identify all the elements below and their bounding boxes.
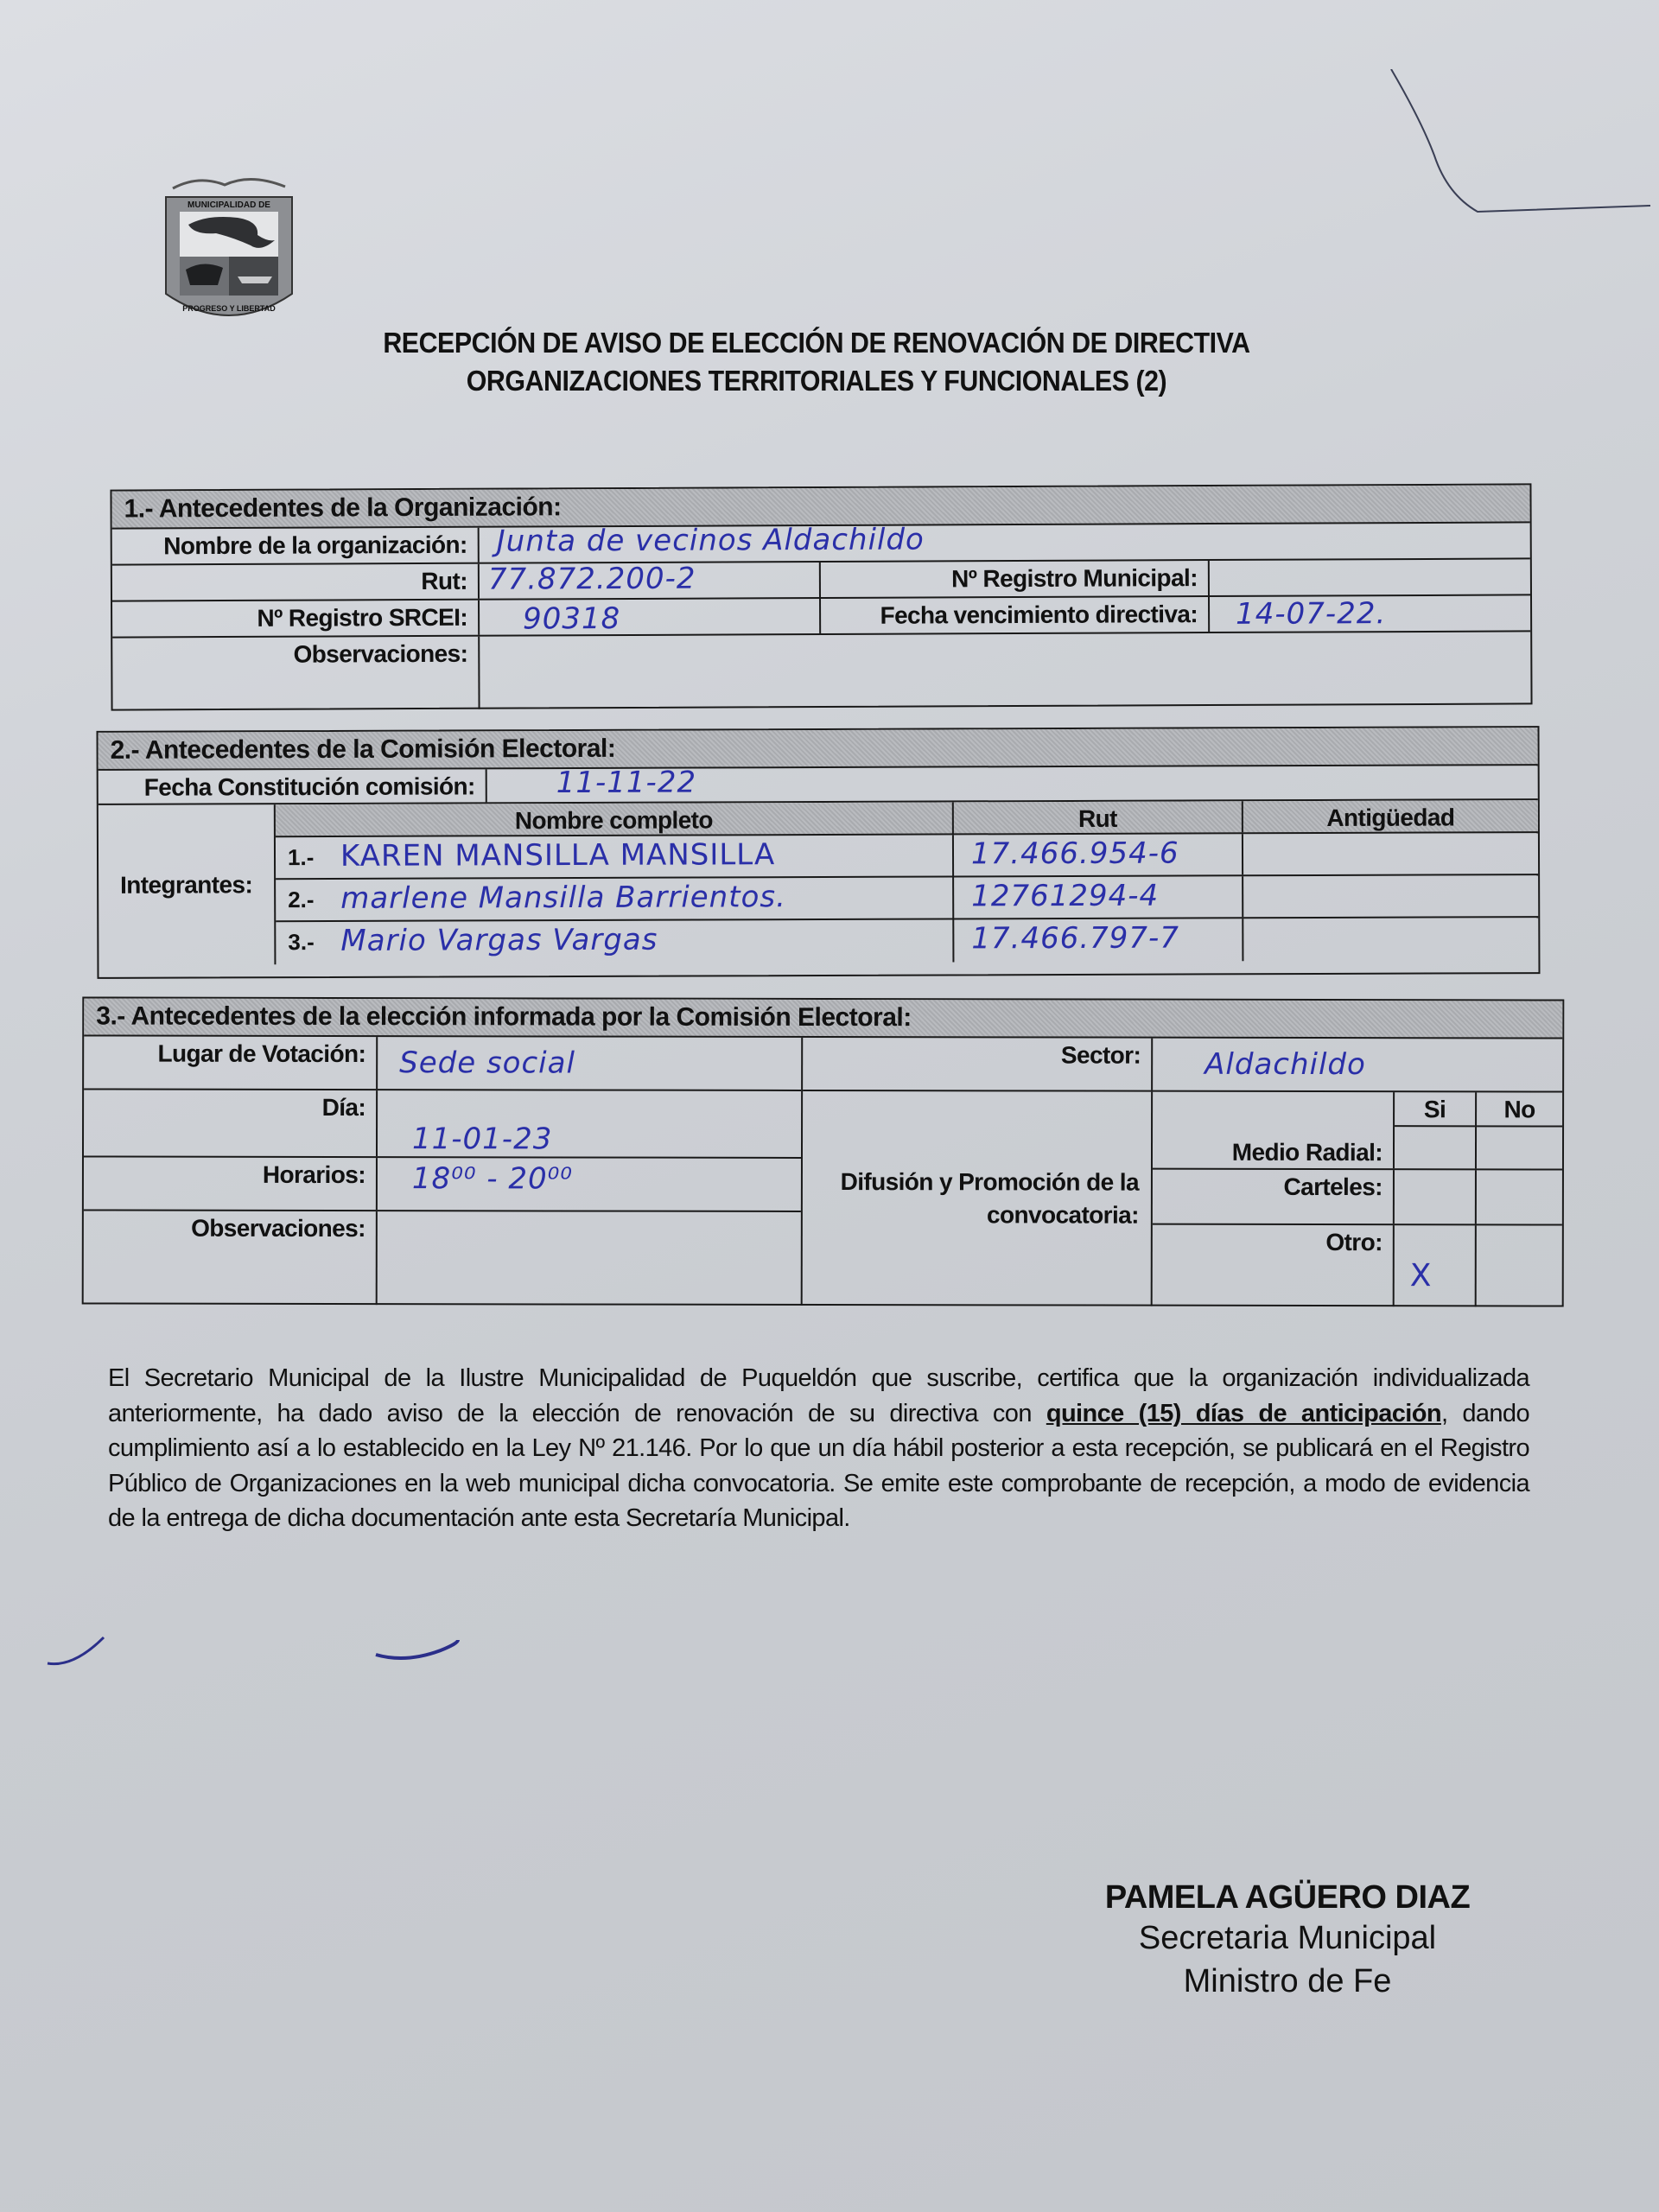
difusion-label: Difusión y Promoción de la convocatoria:: [803, 1091, 1153, 1306]
row-srcei: Nº Registro SRCEI: 90318 Fecha vencimien…: [112, 595, 1530, 638]
member-antiguedad-field[interactable]: [1243, 833, 1538, 874]
member-nombre-field[interactable]: 1.- KAREN MANSILLA MANSILLA: [276, 835, 954, 878]
member-rut-field[interactable]: 12761294-4: [954, 876, 1243, 918]
pen-mark-top-right: [1374, 69, 1659, 225]
sector-label: Sector:: [803, 1038, 1153, 1090]
registro-municipal-label: Nº Registro Municipal:: [821, 561, 1210, 597]
member-nombre-field[interactable]: 3.- Mario Vargas Vargas: [276, 919, 954, 964]
section-3-body: Lugar de Votación: Sede social Día: 11-0…: [84, 1037, 1563, 1307]
integrantes-block: Integrantes: Nombre completo Rut Antigüe…: [99, 800, 1539, 965]
registro-srcei-label: Nº Registro SRCEI:: [112, 601, 480, 637]
member-number: 3.-: [288, 929, 314, 956]
horarios-field[interactable]: 18⁰⁰ - 20⁰⁰: [378, 1158, 801, 1211]
member-row: 3.- Mario Vargas Vargas 17.466.797-7: [276, 918, 1538, 964]
dia-field[interactable]: 11-01-23: [378, 1090, 801, 1157]
member-rut: 17.466.954-6: [971, 836, 1179, 872]
row-rut: Rut: 77.872.200-2 Nº Registro Municipal:: [112, 559, 1530, 601]
horarios-value: 18⁰⁰ - 20⁰⁰: [412, 1161, 573, 1196]
svg-text:MUNICIPALIDAD DE: MUNICIPALIDAD DE: [188, 200, 270, 210]
member-nombre-field[interactable]: 2.- marlene Mansilla Barrientos.: [276, 877, 954, 920]
row-fecha-constitucion: Fecha Constitución comisión: 11-11-22: [99, 766, 1538, 805]
integrantes-label: Integrantes:: [99, 804, 276, 965]
section-3-header: 3.- Antecedentes de la elección informad…: [84, 999, 1562, 1039]
otro-label: Otro:: [1153, 1225, 1395, 1306]
nombre-value: Junta de vecinos Aldachildo: [497, 522, 925, 558]
medio-radial-si-checkbox[interactable]: [1395, 1127, 1475, 1168]
otro-si-mark: X: [1410, 1258, 1433, 1294]
fecha-constitucion-field[interactable]: 11-11-22: [487, 766, 1538, 802]
fecha-constitucion-value: 11-11-22: [556, 765, 696, 800]
difusion-table: Medio Radial: Si No: [1153, 1092, 1562, 1307]
no-header: No: [1477, 1092, 1562, 1127]
member-row: 1.- KAREN MANSILLA MANSILLA 17.466.954-6: [276, 833, 1538, 880]
integrantes-table: Nombre completo Rut Antigüedad 1.- KAREN…: [276, 800, 1539, 964]
row-observaciones-3: Observaciones:: [84, 1211, 801, 1306]
lugar-label: Lugar de Votación:: [84, 1037, 378, 1090]
member-rut-field[interactable]: 17.466.797-7: [954, 918, 1243, 962]
title-line-2: ORGANIZACIONES TERRITORIALES Y FUNCIONAL…: [327, 362, 1306, 400]
observaciones-3-field[interactable]: [378, 1211, 801, 1306]
observaciones-3-label: Observaciones:: [84, 1211, 378, 1306]
signatory-role: Secretaria Municipal: [1071, 1916, 1503, 1960]
member-nombre: KAREN MANSILLA MANSILLA: [340, 837, 775, 874]
signature-block: PAMELA AGÜERO DIAZ Secretaria Municipal …: [1071, 1879, 1503, 2003]
integrantes-header-row: Nombre completo Rut Antigüedad: [276, 800, 1538, 837]
medio-radial-row: Medio Radial: Si No: [1153, 1092, 1562, 1171]
registro-municipal-field[interactable]: [1210, 559, 1530, 595]
member-nombre: marlene Mansilla Barrientos.: [340, 880, 786, 916]
fecha-vencimiento-field[interactable]: 14-07-22.: [1210, 595, 1530, 632]
no-column-top: No: [1477, 1092, 1562, 1168]
member-antiguedad-field[interactable]: [1243, 875, 1538, 917]
observaciones-1-label: Observaciones:: [112, 637, 480, 711]
signatory-name: PAMELA AGÜERO DIAZ: [1071, 1879, 1503, 1916]
member-rut-field[interactable]: 17.466.954-6: [954, 834, 1243, 875]
member-row: 2.- marlene Mansilla Barrientos. 1276129…: [276, 875, 1538, 922]
column-antiguedad: Antigüedad: [1243, 800, 1538, 832]
dia-value: 11-01-23: [412, 1122, 552, 1156]
document-title: RECEPCIÓN DE AVISO DE ELECCIÓN DE RENOVA…: [327, 324, 1306, 400]
carteles-si-checkbox[interactable]: [1395, 1170, 1477, 1224]
svg-text:PROGRESO Y LIBERTAD: PROGRESO Y LIBERTAD: [182, 304, 276, 313]
pen-marks-bottom-left: [35, 1616, 484, 1676]
fecha-vencimiento-label: Fecha vencimiento directiva:: [821, 597, 1210, 633]
section-eleccion: 3.- Antecedentes de la elección informad…: [82, 997, 1565, 1307]
registro-srcei-field[interactable]: 90318: [480, 599, 821, 635]
horarios-label: Horarios:: [84, 1158, 378, 1211]
eleccion-left: Lugar de Votación: Sede social Día: 11-0…: [84, 1037, 804, 1306]
lugar-value: Sede social: [399, 1046, 575, 1080]
row-horarios: Horarios: 18⁰⁰ - 20⁰⁰: [84, 1158, 801, 1212]
certification-emphasis: quince (15) días de anticipación: [1046, 1400, 1441, 1427]
rut-value: 77.872.200-2: [488, 562, 696, 597]
si-column-top: Si: [1395, 1092, 1477, 1168]
section-organizacion: 1.- Antecedentes de la Organización: Nom…: [110, 483, 1532, 710]
section-comision-electoral: 2.- Antecedentes de la Comisión Electora…: [97, 726, 1541, 979]
row-nombre: Nombre de la organización: Junta de veci…: [112, 523, 1530, 565]
carteles-row: Carteles:: [1153, 1170, 1562, 1226]
column-nombre: Nombre completo: [276, 802, 954, 836]
difusion-block: Difusión y Promoción de la convocatoria:…: [803, 1091, 1562, 1307]
rut-label: Rut:: [112, 564, 480, 601]
section-2-header: 2.- Antecedentes de la Comisión Electora…: [99, 728, 1538, 771]
member-rut: 12761294-4: [971, 879, 1159, 914]
row-observaciones-1: Observaciones:: [112, 632, 1530, 710]
certification-paragraph: El Secretario Municipal de la Ilustre Mu…: [108, 1361, 1529, 1536]
medio-radial-label: Medio Radial:: [1153, 1092, 1395, 1168]
registro-srcei-value: 90318: [523, 601, 620, 636]
title-line-1: RECEPCIÓN DE AVISO DE ELECCIÓN DE RENOVA…: [327, 324, 1306, 362]
carteles-no-checkbox[interactable]: [1477, 1170, 1562, 1224]
signatory-title: Ministro de Fe: [1071, 1960, 1503, 2003]
row-dia: Día: 11-01-23: [84, 1090, 801, 1159]
nombre-label: Nombre de la organización:: [112, 528, 480, 564]
sector-field[interactable]: Aldachildo: [1153, 1039, 1562, 1091]
rut-field[interactable]: 77.872.200-2: [480, 563, 821, 599]
fecha-vencimiento-value: 14-07-22.: [1236, 596, 1386, 632]
otro-si-checkbox[interactable]: X: [1395, 1225, 1477, 1306]
member-nombre: Mario Vargas Vargas: [340, 923, 658, 958]
nombre-field[interactable]: Junta de vecinos Aldachildo: [480, 523, 1530, 562]
member-number: 2.-: [288, 887, 314, 913]
lugar-field[interactable]: Sede social: [378, 1037, 801, 1090]
medio-radial-no-checkbox[interactable]: [1477, 1127, 1562, 1168]
row-lugar: Lugar de Votación: Sede social: [84, 1037, 801, 1091]
document-page: MUNICIPALIDAD DE PROGRESO Y LIBERTAD REC…: [0, 0, 1659, 2212]
row-sector: Sector: Aldachildo: [803, 1038, 1562, 1093]
member-number: 1.-: [288, 844, 314, 871]
sector-value: Aldachildo: [1205, 1047, 1366, 1082]
municipal-coat-of-arms-icon: MUNICIPALIDAD DE PROGRESO Y LIBERTAD: [156, 173, 302, 333]
observaciones-1-field[interactable]: [480, 632, 1530, 709]
si-header: Si: [1395, 1092, 1475, 1127]
municipal-logo: MUNICIPALIDAD DE PROGRESO Y LIBERTAD: [156, 173, 302, 333]
member-antiguedad-field[interactable]: [1243, 918, 1538, 961]
eleccion-right: Sector: Aldachildo Difusión y Promoción …: [803, 1038, 1563, 1307]
otro-row: Otro: X: [1153, 1225, 1562, 1307]
carteles-label: Carteles:: [1153, 1170, 1395, 1224]
fecha-constitucion-label: Fecha Constitución comisión:: [99, 769, 487, 804]
otro-no-checkbox[interactable]: [1477, 1225, 1562, 1306]
member-rut: 17.466.797-7: [971, 921, 1179, 957]
column-rut: Rut: [954, 801, 1243, 833]
dia-label: Día:: [84, 1090, 378, 1157]
